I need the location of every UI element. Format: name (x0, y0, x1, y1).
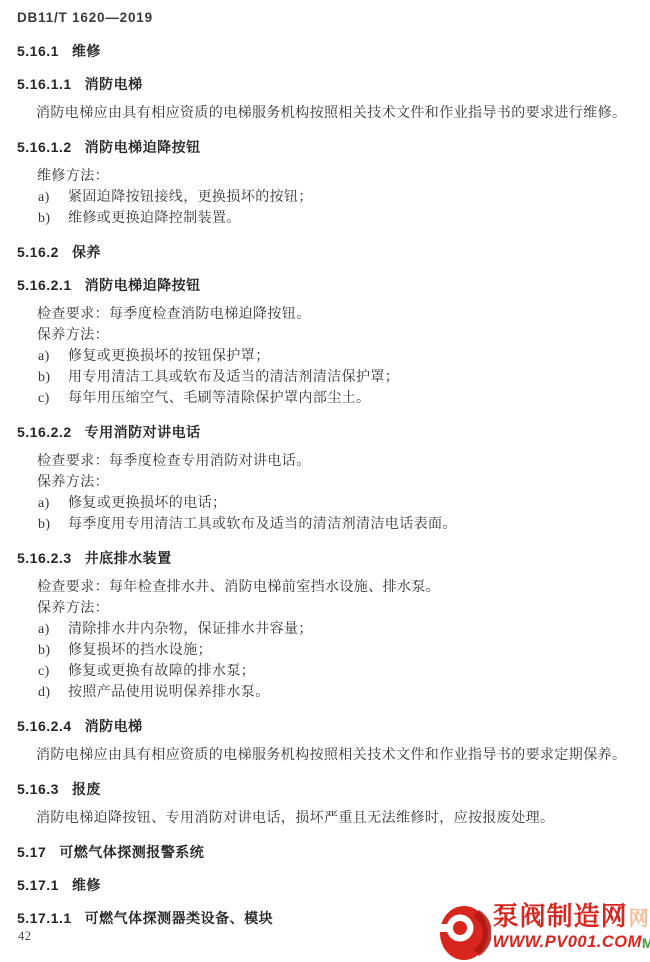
paragraph: 消防电梯迫降按钮、专用消防对讲电话，损坏严重且无法维修时，应按报废处理。 (17, 808, 630, 829)
list-text: 修复或更换损坏的电话； (68, 496, 226, 511)
watermark-site-url: WWW.PV001.COMM (493, 933, 650, 953)
list-marker: c) (38, 661, 68, 682)
list-text: 修复或更换损坏的按钮保护罩； (68, 349, 270, 364)
pump-valve-logo-icon (439, 904, 491, 962)
section-heading: 5.17.1维修 (17, 875, 630, 895)
section-number: 5.16.1 (17, 43, 59, 59)
section-title: 消防电梯迫降按钮 (85, 139, 201, 155)
watermark-ghost-char: 网 (629, 908, 650, 930)
check-requirement: 检查要求：每季度检查消防电梯迫降按钮。 (37, 304, 630, 325)
list-text: 维修或更换迫降控制装置。 (68, 211, 241, 226)
section-number: 5.16.2.4 (17, 718, 72, 734)
section-heading: 5.16.1.2消防电梯迫降按钮 (17, 137, 630, 157)
list-item: c)修复或更换有故障的排水泵； (38, 661, 630, 682)
section-title: 可燃气体探测报警系统 (59, 844, 204, 860)
list-marker: b) (38, 367, 68, 388)
list-text: 修复损坏的挡水设施； (68, 643, 212, 658)
section-title: 报废 (72, 781, 101, 797)
section-title: 维修 (72, 43, 101, 59)
paragraph: 消防电梯应由具有相应资质的电梯服务机构按照相关技术文件和作业指导书的要求进行维修… (17, 103, 630, 124)
section-heading: 5.16.2.1消防电梯迫降按钮 (17, 275, 630, 295)
method-label: 保养方法： (37, 325, 630, 346)
document-page: DB11/T 1620—2019 5.16.1维修 5.16.1.1消防电梯 消… (0, 0, 650, 962)
list-marker: b) (38, 640, 68, 661)
method-label: 维修方法： (37, 166, 630, 187)
section-title: 维修 (72, 877, 101, 893)
list-text: 紧固迫降按钮接线，更换损坏的按钮； (68, 190, 313, 205)
section-number: 5.16.3 (17, 781, 59, 797)
list-item: a)清除排水井内杂物，保证排水井容量； (38, 619, 630, 640)
check-requirement: 检查要求：每年检查排水井、消防电梯前室挡水设施、排水泵。 (37, 577, 630, 598)
standard-code-header: DB11/T 1620—2019 (17, 8, 630, 28)
list-marker: c) (38, 388, 68, 409)
watermark-site-name: 泵阀制造网网 (493, 902, 650, 933)
watermark-url-suffix: M (642, 935, 650, 951)
list-marker: a) (38, 346, 68, 367)
list-text: 每年用压缩空气、毛刷等清除保护罩内部尘土。 (68, 391, 370, 406)
document-content: DB11/T 1620—2019 5.16.1维修 5.16.1.1消防电梯 消… (0, 0, 650, 928)
section-number: 5.16.1.1 (17, 76, 72, 92)
section-number: 5.17.1.1 (17, 910, 72, 926)
list-text: 按照产品使用说明保养排水泵。 (68, 685, 270, 700)
list-item: a)修复或更换损坏的按钮保护罩； (38, 346, 630, 367)
section-title: 消防电梯 (85, 718, 143, 734)
section-number: 5.16.1.2 (17, 139, 72, 155)
section-title: 井底排水装置 (85, 550, 172, 566)
watermark-text: 泵阀制造网网 WWW.PV001.COMM (493, 902, 650, 953)
watermark: 泵阀制造网网 WWW.PV001.COMM (439, 902, 650, 962)
section-title: 专用消防对讲电话 (85, 424, 201, 440)
list-item: a)紧固迫降按钮接线，更换损坏的按钮； (38, 187, 630, 208)
list-item: b)用专用清洁工具或软布及适当的清洁剂清洁保护罩； (38, 367, 630, 388)
list-marker: a) (38, 493, 68, 514)
section-heading: 5.16.1维修 (17, 41, 630, 61)
list-item: b)每季度用专用清洁工具或软布及适当的清洁剂清洁电话表面。 (38, 514, 630, 535)
section-heading: 5.17可燃气体探测报警系统 (17, 842, 630, 862)
list-marker: b) (38, 514, 68, 535)
section-heading: 5.16.2.2专用消防对讲电话 (17, 422, 630, 442)
paragraph: 消防电梯应由具有相应资质的电梯服务机构按照相关技术文件和作业指导书的要求定期保养… (17, 745, 630, 766)
list-text: 修复或更换有故障的排水泵； (68, 664, 255, 679)
section-number: 5.16.2.1 (17, 277, 72, 293)
check-requirement: 检查要求：每季度检查专用消防对讲电话。 (37, 451, 630, 472)
section-heading: 5.16.3报废 (17, 779, 630, 799)
list-marker: a) (38, 187, 68, 208)
section-number: 5.16.2.3 (17, 550, 72, 566)
section-title: 消防电梯迫降按钮 (85, 277, 201, 293)
section-number: 5.16.2.2 (17, 424, 72, 440)
section-heading: 5.16.2.3井底排水装置 (17, 548, 630, 568)
list-text: 清除排水井内杂物，保证排水井容量； (68, 622, 313, 637)
list-item: c)每年用压缩空气、毛刷等清除保护罩内部尘土。 (38, 388, 630, 409)
list-marker: a) (38, 619, 68, 640)
list-text: 每季度用专用清洁工具或软布及适当的清洁剂清洁电话表面。 (68, 517, 457, 532)
method-label: 保养方法： (37, 598, 630, 619)
list-item: b)维修或更换迫降控制装置。 (38, 208, 630, 229)
list-marker: d) (38, 682, 68, 703)
section-number: 5.17.1 (17, 877, 59, 893)
section-heading: 5.16.2保养 (17, 242, 630, 262)
section-title: 可燃气体探测器类设备、模块 (85, 910, 274, 926)
section-title: 消防电梯 (85, 76, 143, 92)
method-label: 保养方法： (37, 472, 630, 493)
section-number: 5.16.2 (17, 244, 59, 260)
list-text: 用专用清洁工具或软布及适当的清洁剂清洁保护罩； (68, 370, 399, 385)
list-marker: b) (38, 208, 68, 229)
section-title: 保养 (72, 244, 101, 260)
list-item: d)按照产品使用说明保养排水泵。 (38, 682, 630, 703)
list-item: b)修复损坏的挡水设施； (38, 640, 630, 661)
section-heading: 5.16.2.4消防电梯 (17, 716, 630, 736)
section-heading: 5.16.1.1消防电梯 (17, 74, 630, 94)
page-number: 42 (18, 929, 32, 944)
list-item: a)修复或更换损坏的电话； (38, 493, 630, 514)
section-number: 5.17 (17, 844, 46, 860)
